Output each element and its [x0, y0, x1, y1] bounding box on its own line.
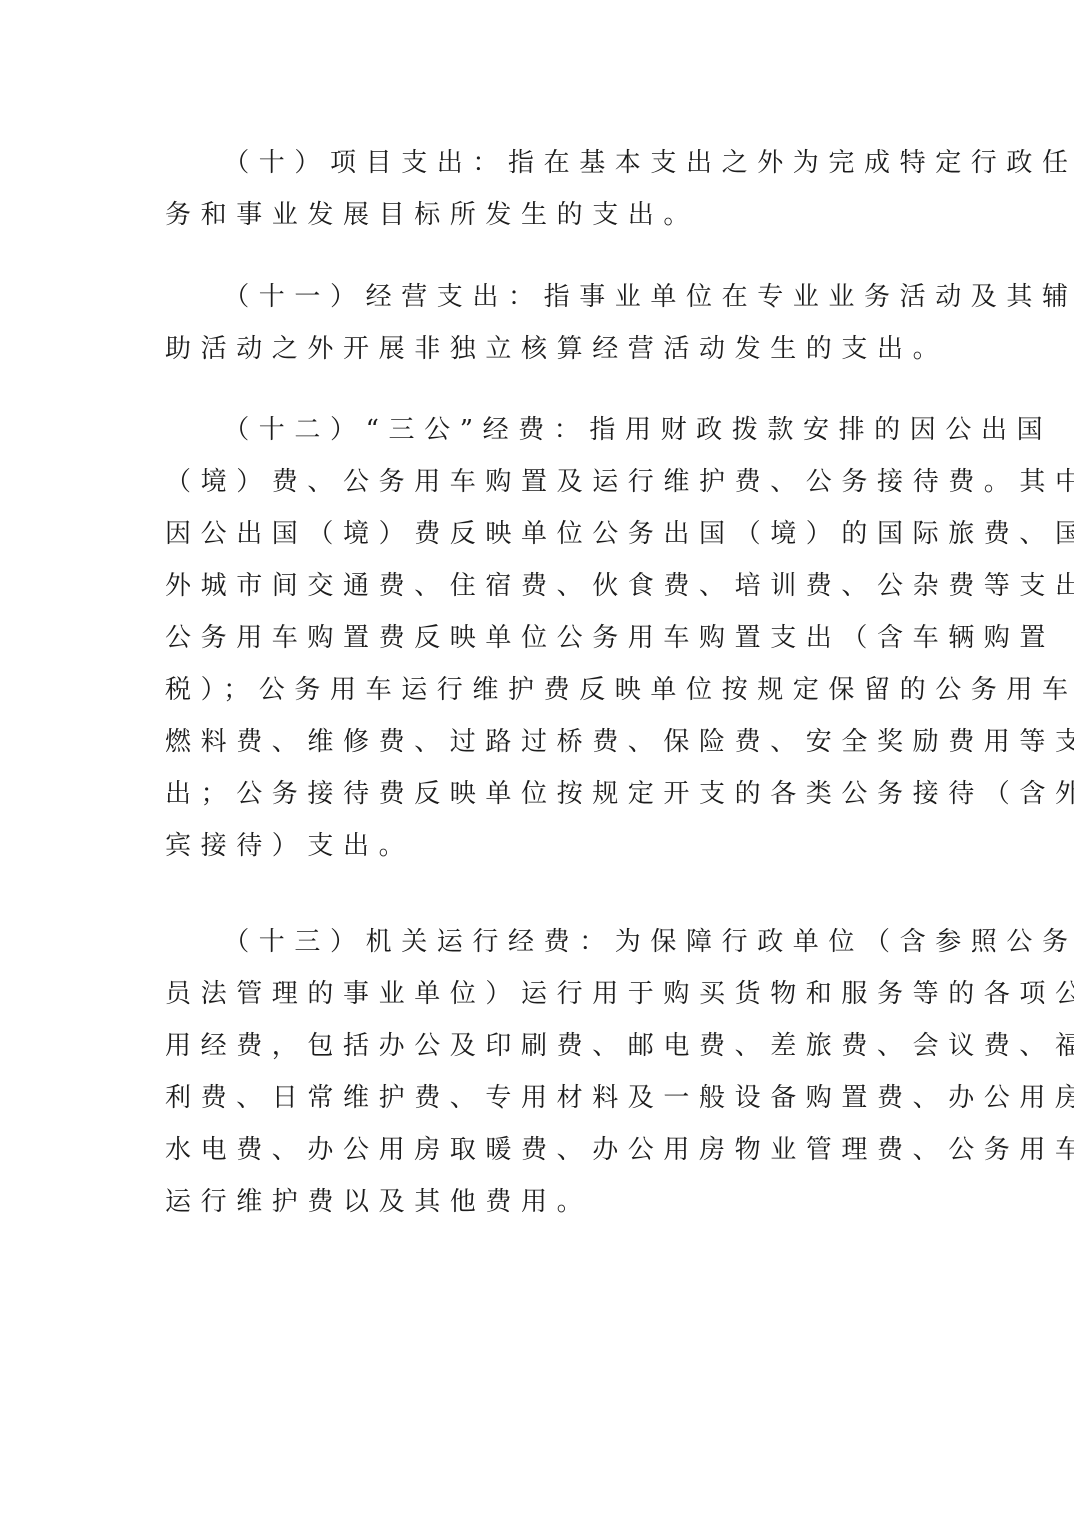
paragraph-line: 燃料费、维修费、过路过桥费、保险费、安全奖励费用等支: [165, 716, 925, 768]
paragraph-line: （十三）机关运行经费：为保障行政单位（含参照公务: [165, 916, 925, 968]
paragraph-line: 运行维护费以及其他费用。: [165, 1176, 925, 1228]
paragraph-line: 务和事业发展目标所发生的支出。: [165, 189, 925, 241]
document-page: （十）项目支出：指在基本支出之外为完成特定行政任 务和事业发展目标所发生的支出。…: [0, 0, 1074, 1520]
paragraph-line: 税）；公务用车运行维护费反映单位按规定保留的公务用车: [165, 664, 925, 716]
paragraph-line: 宾接待）支出。: [165, 820, 925, 872]
paragraph-item-10-project-expenditure: （十）项目支出：指在基本支出之外为完成特定行政任 务和事业发展目标所发生的支出。: [165, 137, 925, 241]
paragraph-line: （境）费、公务用车购置及运行维护费、公务接待费。其中，: [165, 456, 925, 508]
paragraph-line: 公务用车购置费反映单位公务用车购置支出（含车辆购置: [165, 612, 925, 664]
paragraph-line: （十一）经营支出：指事业单位在专业业务活动及其辅: [165, 271, 925, 323]
paragraph-item-11-operating-expenditure: （十一）经营支出：指事业单位在专业业务活动及其辅 助活动之外开展非独立核算经营活…: [165, 271, 925, 375]
paragraph-line: 外城市间交通费、住宿费、伙食费、培训费、公杂费等支出；: [165, 560, 925, 612]
paragraph-line: 助活动之外开展非独立核算经营活动发生的支出。: [165, 323, 925, 375]
paragraph-line: 因公出国（境）费反映单位公务出国（境）的国际旅费、国: [165, 508, 925, 560]
paragraph-line: （十二）“三公”经费：指用财政拨款安排的因公出国: [165, 404, 925, 456]
paragraph-line: 水电费、办公用房取暖费、办公用房物业管理费、公务用车: [165, 1124, 925, 1176]
paragraph-line: 利费、日常维护费、专用材料及一般设备购置费、办公用房: [165, 1072, 925, 1124]
paragraph-line: 出；公务接待费反映单位按规定开支的各类公务接待（含外: [165, 768, 925, 820]
paragraph-item-12-three-public-expenses: （十二）“三公”经费：指用财政拨款安排的因公出国 （境）费、公务用车购置及运行维…: [165, 404, 925, 872]
paragraph-line: 员法管理的事业单位）运行用于购买货物和服务等的各项公: [165, 968, 925, 1020]
paragraph-item-13-agency-operating-costs: （十三）机关运行经费：为保障行政单位（含参照公务 员法管理的事业单位）运行用于购…: [165, 916, 925, 1228]
paragraph-line: 用经费，包括办公及印刷费、邮电费、差旅费、会议费、福: [165, 1020, 925, 1072]
paragraph-line: （十）项目支出：指在基本支出之外为完成特定行政任: [165, 137, 925, 189]
